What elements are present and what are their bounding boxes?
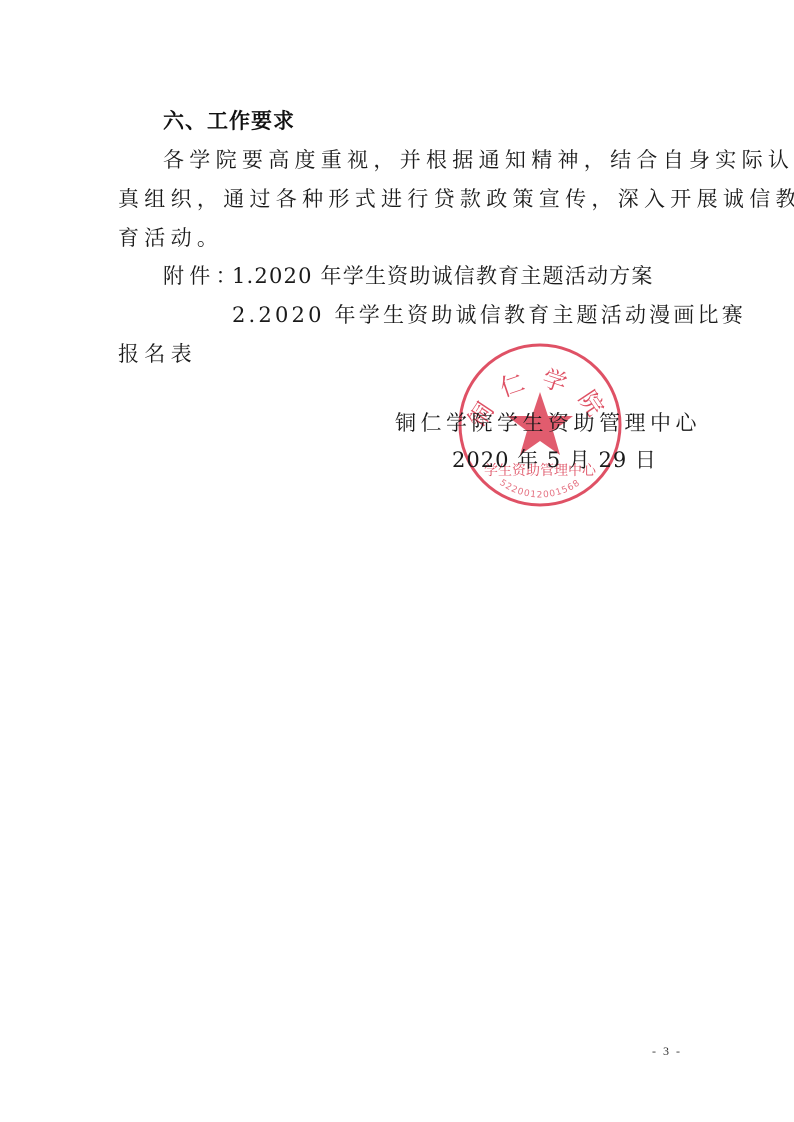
attachment-item-1: 1.2020 年学生资助诚信教育主题活动方案 [232, 262, 654, 290]
paragraph-line-2: 真组织，通过各种形式进行贷款政策宣传，深入开展诚信教 [118, 185, 794, 213]
paragraph-line-1: 各学院要高度重视，并根据通知精神，结合自身实际认 [163, 146, 794, 174]
section-heading: 六、工作要求 [163, 107, 295, 135]
signature-org: 铜仁学院学生资助管理中心 [395, 409, 701, 437]
page-number: - 3 - [652, 1044, 682, 1059]
attachment-item-2-cont: 报名表 [118, 340, 197, 368]
svg-text:5220012001568: 5220012001568 [497, 478, 582, 500]
paragraph-line-3: 育活动。 [118, 224, 223, 252]
attachments-label: 附件： [163, 262, 242, 290]
signature-date: 2020 年 5 月 29 日 [452, 446, 657, 474]
attachment-item-2: 2.2020 年学生资助诚信教育主题活动漫画比赛 [232, 301, 746, 329]
